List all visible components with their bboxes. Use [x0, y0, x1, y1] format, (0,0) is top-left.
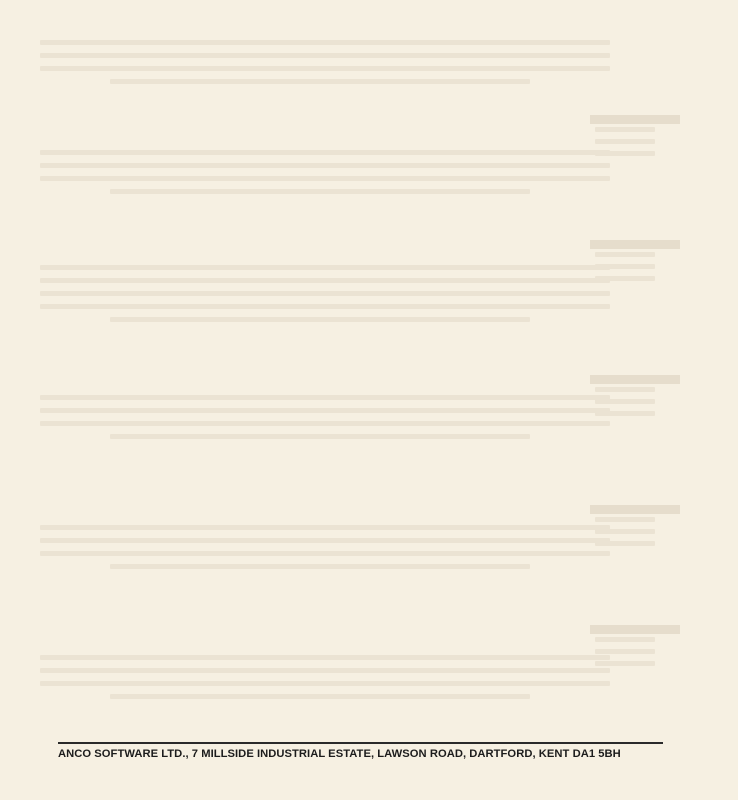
- footer-divider: [58, 742, 663, 744]
- publisher-address: ANCO SOFTWARE LTD., 7 MILLSIDE INDUSTRIA…: [58, 748, 678, 760]
